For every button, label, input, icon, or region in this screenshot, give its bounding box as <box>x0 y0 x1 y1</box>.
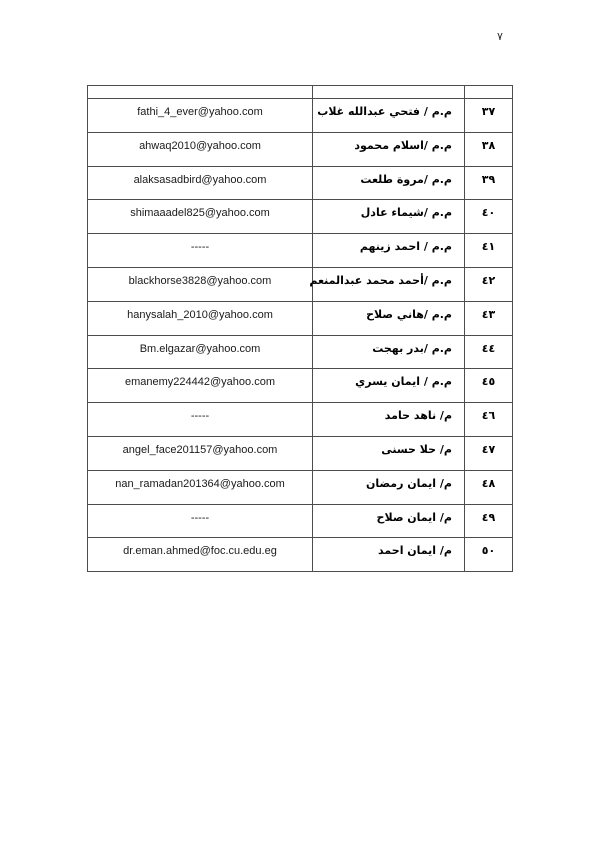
serial-cell: ٤٦ <box>465 403 513 437</box>
name-cell: م/ ايمان احمد <box>313 538 465 572</box>
serial-cell: ٤٤ <box>465 335 513 369</box>
email-cell: nan_ramadan201364@yahoo.com <box>88 470 313 504</box>
email-cell: shimaaadel825@yahoo.com <box>88 200 313 234</box>
table-row: ----- م.م / احمد زينهم ٤١ <box>88 234 513 268</box>
name-cell: م.م / فتحي عبدالله غلاب <box>313 99 465 133</box>
name-cell: م.م / ايمان يسري <box>313 369 465 403</box>
name-cell: م/ ناهد حامد <box>313 403 465 437</box>
serial-cell: ٣٩ <box>465 166 513 200</box>
email-cell: hanysalah_2010@yahoo.com <box>88 301 313 335</box>
roster-body: fathi_4_ever@yahoo.com م.م / فتحي عبدالل… <box>88 86 513 572</box>
name-cell: م.م /اسلام محمود <box>313 132 465 166</box>
page-number: ٧ <box>492 30 508 43</box>
table-row: dr.eman.ahmed@foc.cu.edu.eg م/ ايمان احم… <box>88 538 513 572</box>
table-row: shimaaadel825@yahoo.com م.م /شيماء عادل … <box>88 200 513 234</box>
serial-cell: ٤٨ <box>465 470 513 504</box>
table-row: emanemy224442@yahoo.com م.م / ايمان يسري… <box>88 369 513 403</box>
name-cell: م/ ايمان رمضان <box>313 470 465 504</box>
empty-header-cell-email <box>88 86 313 99</box>
serial-cell: ٤٣ <box>465 301 513 335</box>
document-page: ٧ fathi_4_ever@yahoo.com م.م / فتحي عبدا… <box>0 0 596 842</box>
email-cell: angel_face201157@yahoo.com <box>88 436 313 470</box>
email-cell: ahwaq2010@yahoo.com <box>88 132 313 166</box>
empty-header-cell-serial <box>465 86 513 99</box>
table-row: ahwaq2010@yahoo.com م.م /اسلام محمود ٣٨ <box>88 132 513 166</box>
name-cell: م/ حلا حسنى <box>313 436 465 470</box>
table-row: hanysalah_2010@yahoo.com م.م /هاني صلاح … <box>88 301 513 335</box>
name-cell: م.م /أحمد محمد عبدالمنعم <box>313 267 465 301</box>
name-cell: م.م /بدر بهجت <box>313 335 465 369</box>
table-row: fathi_4_ever@yahoo.com م.م / فتحي عبدالل… <box>88 99 513 133</box>
email-cell: Bm.elgazar@yahoo.com <box>88 335 313 369</box>
serial-cell: ٤٧ <box>465 436 513 470</box>
table-row: blackhorse3828@yahoo.com م.م /أحمد محمد … <box>88 267 513 301</box>
serial-cell: ٣٨ <box>465 132 513 166</box>
serial-cell: ٤٠ <box>465 200 513 234</box>
table-row: ----- م/ ناهد حامد ٤٦ <box>88 403 513 437</box>
email-cell: emanemy224442@yahoo.com <box>88 369 313 403</box>
email-cell: fathi_4_ever@yahoo.com <box>88 99 313 133</box>
name-cell: م.م /هاني صلاح <box>313 301 465 335</box>
empty-header-cell-name <box>313 86 465 99</box>
email-cell: ----- <box>88 403 313 437</box>
empty-header-row <box>88 86 513 99</box>
email-cell: blackhorse3828@yahoo.com <box>88 267 313 301</box>
serial-cell: ٣٧ <box>465 99 513 133</box>
email-cell: dr.eman.ahmed@foc.cu.edu.eg <box>88 538 313 572</box>
table-row: nan_ramadan201364@yahoo.com م/ ايمان رمض… <box>88 470 513 504</box>
table-row: alaksasadbird@yahoo.com م.م /مروة طلعت ٣… <box>88 166 513 200</box>
email-roster-table: fathi_4_ever@yahoo.com م.م / فتحي عبدالل… <box>87 85 513 572</box>
name-cell: م.م /مروة طلعت <box>313 166 465 200</box>
email-cell: ----- <box>88 504 313 538</box>
table-row: angel_face201157@yahoo.com م/ حلا حسنى ٤… <box>88 436 513 470</box>
name-cell: م.م / احمد زينهم <box>313 234 465 268</box>
serial-cell: ٤٥ <box>465 369 513 403</box>
serial-cell: ٤١ <box>465 234 513 268</box>
table-row: ----- م/ ايمان صلاح ٤٩ <box>88 504 513 538</box>
serial-cell: ٤٢ <box>465 267 513 301</box>
email-cell: alaksasadbird@yahoo.com <box>88 166 313 200</box>
email-cell: ----- <box>88 234 313 268</box>
table-row: Bm.elgazar@yahoo.com م.م /بدر بهجت ٤٤ <box>88 335 513 369</box>
name-cell: م.م /شيماء عادل <box>313 200 465 234</box>
serial-cell: ٤٩ <box>465 504 513 538</box>
name-cell: م/ ايمان صلاح <box>313 504 465 538</box>
serial-cell: ٥٠ <box>465 538 513 572</box>
